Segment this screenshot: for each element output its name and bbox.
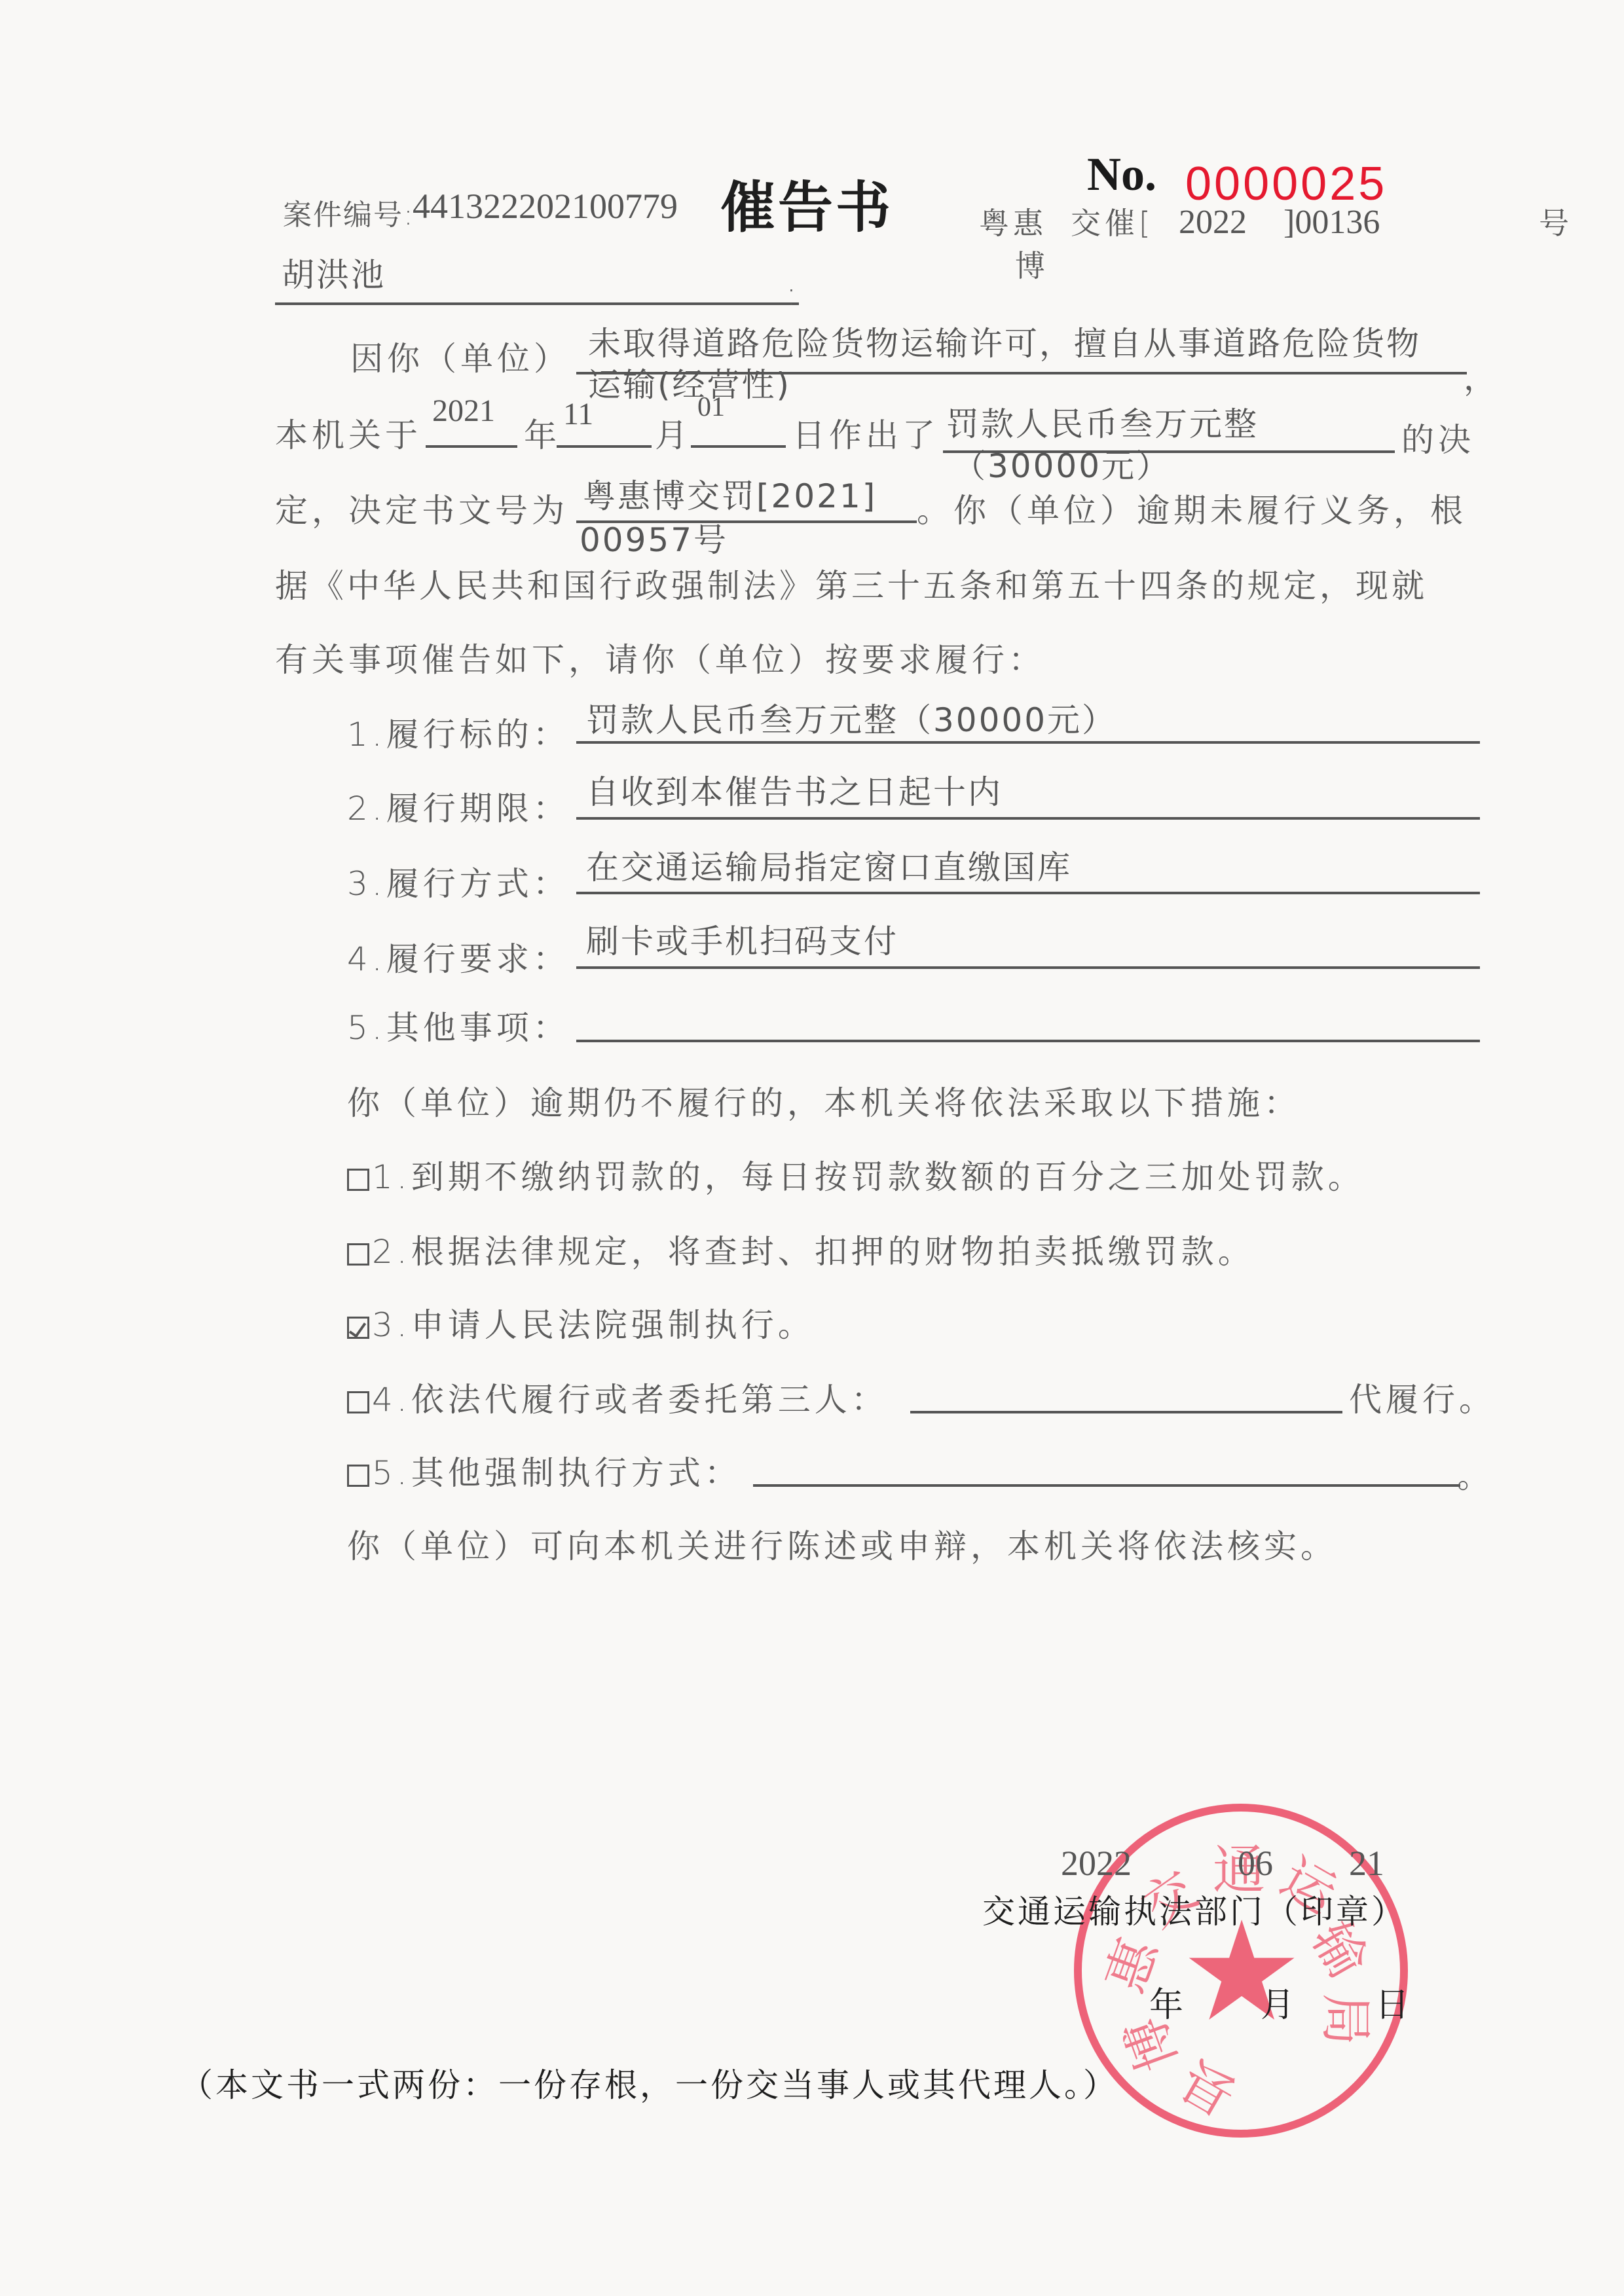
- third-party-underline: [910, 1411, 1342, 1413]
- day-underline: [691, 445, 786, 448]
- obligation-underline: [576, 892, 1480, 894]
- measure-text: 1.到期不缴纳罚款的，每日按罚款数额的百分之三加处罚款。: [372, 1158, 1365, 1196]
- date-day-label: 日: [1375, 1977, 1412, 2026]
- reason-label: 因你（单位）: [350, 333, 570, 380]
- doc-year: 2022: [1179, 203, 1247, 242]
- obligation-label: 5.其他事项：: [347, 1002, 570, 1049]
- penalty-underline: [943, 450, 1395, 453]
- recipient-underline: [275, 302, 799, 305]
- decision-doc-underline: [576, 520, 917, 523]
- checkbox-icon[interactable]: [347, 1243, 369, 1266]
- month-underline: [557, 445, 652, 448]
- serial-number-label: No.: [1087, 147, 1156, 202]
- obligation-underline: [576, 741, 1480, 744]
- reason-line-1: 未取得道路危险货物运输许可，擅自从事道路危险货物: [588, 318, 1421, 365]
- notice-line: 有关事项催告如下，请你（单位）按要求履行：: [275, 634, 1045, 681]
- obligation-label: 2.履行期限：: [347, 782, 570, 829]
- measure-text: 5.其他强制执行方式：: [372, 1454, 741, 1492]
- obligation-underline: [576, 966, 1480, 969]
- measure-text: 4.依法代履行或者委托第三人：: [372, 1381, 888, 1419]
- signing-department: 交通运输执法部门（印章）: [982, 1886, 1407, 1933]
- measure-4-suffix: 代履行。: [1349, 1374, 1496, 1421]
- year-underline: [426, 445, 517, 448]
- decision-doc-prefix: 定，决定书文号为: [275, 484, 568, 532]
- obligation-value: 自收到本催告书之日起十内: [586, 766, 1003, 813]
- checkbox-icon[interactable]: [347, 1391, 369, 1413]
- checkbox-icon[interactable]: [347, 1169, 369, 1191]
- obligation-label: 3.履行方式：: [347, 858, 570, 905]
- signature-day: 21: [1349, 1843, 1384, 1884]
- decision-suffix: 的决: [1401, 414, 1475, 461]
- decision-doc-line-1: 粤惠博交罚[2021]: [583, 470, 877, 517]
- measure-text: 2.根据法律规定，将查封、扣押的财物拍卖抵缴罚款。: [372, 1233, 1255, 1271]
- obligation-underline: [576, 1040, 1480, 1042]
- other-method-underline: [753, 1484, 1460, 1487]
- measure-text: 3.申请人民法院强制执行。: [372, 1306, 815, 1344]
- decision-year: 2021: [432, 393, 495, 429]
- law-basis-line: 据《中华人民共和国行政强制法》第三十五条和第五十四条的规定，现就: [275, 560, 1428, 607]
- obligation-underline: [576, 817, 1480, 820]
- measure-5-suffix: 。: [1457, 1450, 1494, 1497]
- decision-month: 11: [563, 396, 593, 432]
- case-number: 441322202100779: [413, 186, 678, 227]
- obligation-value: 罚款人民币叁万元整（30000元）: [586, 694, 1116, 741]
- measure-item-4: 4.依法代履行或者委托第三人：: [347, 1374, 888, 1421]
- obligation-label: 4.履行要求：: [347, 933, 570, 980]
- closing-statement: 你（单位）可向本机关进行陈述或申辩，本机关将依法核实。: [347, 1520, 1337, 1567]
- year-label: 年: [524, 409, 561, 456]
- measures-intro: 你（单位）逾期仍不履行的，本机关将依法采取以下措施：: [347, 1077, 1301, 1124]
- signature-year: 2022: [1061, 1843, 1132, 1884]
- obligation-label: 1.履行标的：: [347, 708, 570, 756]
- doc-suffix: 号: [1539, 200, 1573, 243]
- reason-underline: [576, 372, 1467, 374]
- measure-item-3: 3.申请人民法院强制执行。: [347, 1299, 815, 1346]
- decision-day: 01: [697, 392, 725, 423]
- doc-prefix-2: 博: [1015, 242, 1049, 285]
- measure-item-1: 1.到期不缴纳罚款的，每日按罚款数额的百分之三加处罚款。: [347, 1151, 1365, 1198]
- doc-number: ]00136: [1283, 203, 1380, 242]
- date-month-label: 月: [1261, 1977, 1297, 2026]
- checkbox-icon[interactable]: [347, 1465, 369, 1487]
- copies-note: （本文书一式两份：一份存根，一份交当事人或其代理人。）: [180, 2059, 1118, 2106]
- penalty-line-1: 罚款人民币叁万元整: [946, 398, 1259, 445]
- doc-type: 交催[: [1071, 200, 1154, 243]
- obligation-value: 刷卡或手机扫码支付: [586, 915, 898, 962]
- penalty-line-2: （30000元）: [953, 440, 1171, 487]
- reason-line-2: 运输(经营性): [588, 359, 791, 406]
- checkbox-checked-icon[interactable]: [347, 1317, 369, 1339]
- decision-prefix: 本机关于: [275, 409, 422, 456]
- month-label: 月: [655, 409, 692, 456]
- decision-doc-suffix: 。你（单位）逾期未履行义务，根: [917, 484, 1467, 532]
- document-title: 催告书: [720, 164, 893, 243]
- day-label: 日作出了: [792, 409, 939, 456]
- case-number-label: 案件编号:: [283, 191, 415, 233]
- measure-item-5: 5.其他强制执行方式：: [347, 1447, 741, 1494]
- doc-prefix-1: 粤惠: [979, 200, 1047, 243]
- obligation-value: 在交通运输局指定窗口直缴国库: [586, 841, 1072, 888]
- recipient-colon: :: [786, 275, 801, 313]
- measure-item-2: 2.根据法律规定，将查封、扣押的财物拍卖抵缴罚款。: [347, 1226, 1255, 1273]
- reason-end: ，: [1464, 352, 1500, 399]
- signature-month: 06: [1238, 1843, 1273, 1884]
- recipient-name: 胡洪池: [282, 249, 386, 296]
- date-year-label: 年: [1149, 1977, 1186, 2026]
